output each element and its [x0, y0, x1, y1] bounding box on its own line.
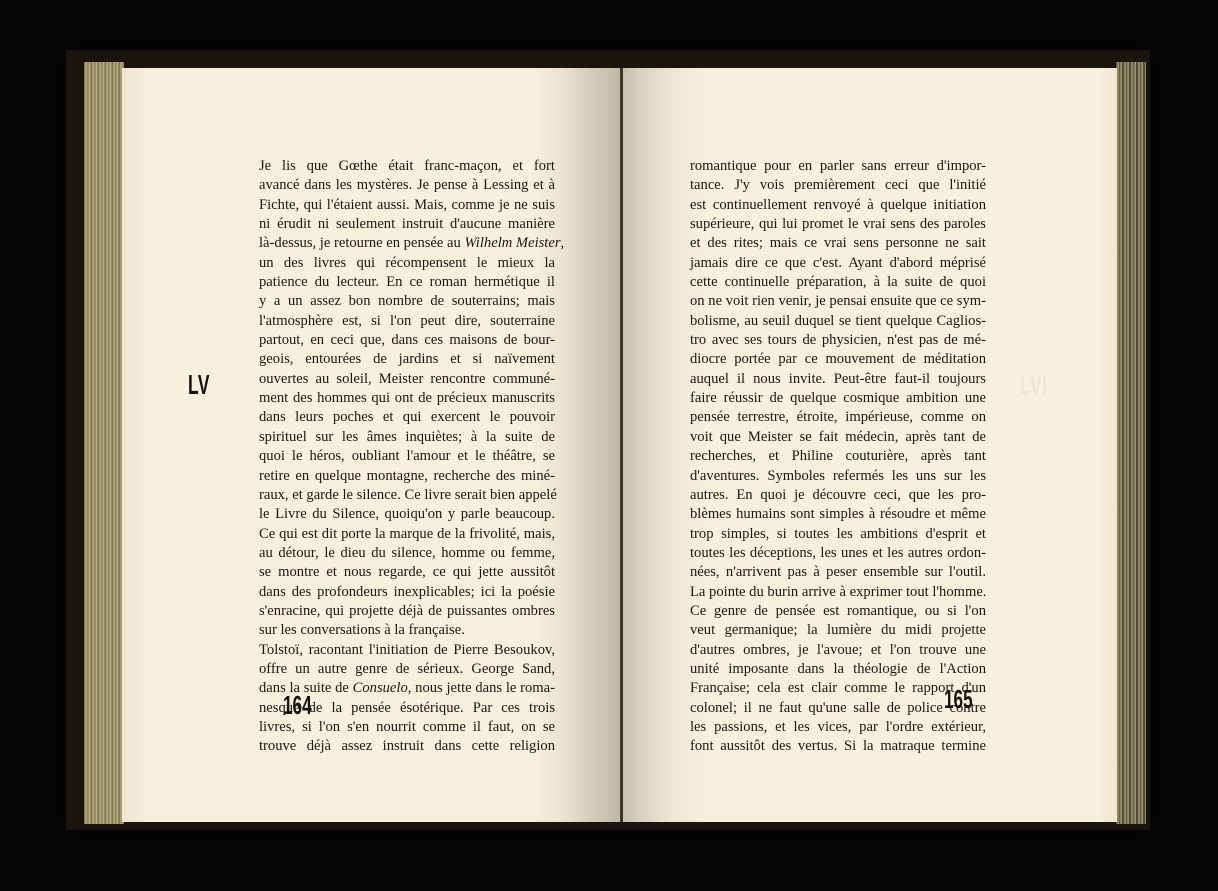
page-edges-right	[1116, 62, 1146, 824]
text-line: autres. En quoi je découvre ceci, que le…	[690, 486, 986, 505]
text-line: faire réussir de quelque cosmique ambiti…	[690, 389, 986, 408]
text-line: Française; cela est clair comme le rappo…	[690, 679, 986, 698]
text-line: quoi le héros, oubliant l'amour et le th…	[259, 447, 555, 466]
open-book-spread: LV LVI Je lis que Gœthe était franc-maço…	[0, 0, 1218, 891]
right-page-body-text: romantique pour en parler sans erreur d'…	[690, 157, 986, 757]
text-line: y a un assez bon nombre de souterrains; …	[259, 292, 555, 311]
text-line: partout, en ceci que, dans ces maisons d…	[259, 331, 555, 350]
text-line: auquel il nous invite. Peut-être faut-il…	[690, 370, 986, 389]
text-line: au détour, le dieu du silence, homme ou …	[259, 544, 555, 563]
page-number-left: 164	[283, 690, 312, 721]
text-line: colonel; il ne faut qu'une salle de poli…	[690, 699, 986, 718]
text-line: toutes les déceptions, les unes et les a…	[690, 544, 986, 563]
text-line: cette continuelle préparation, à la suit…	[690, 273, 986, 292]
text-line: les passions, et les vices, par l'ordre …	[690, 718, 986, 737]
text-line: ni érudit ni seulement instruit d'aucune…	[259, 215, 555, 234]
text-line: dans des profondeurs inexplicables; ici …	[259, 583, 555, 602]
text-line: d'autres ombres, je l'avoue; et l'on tro…	[690, 641, 986, 660]
text-line: veut germanique; la lumière du midi proj…	[690, 621, 986, 640]
text-line: font aussitôt des vertus. Si la matraque…	[690, 737, 986, 756]
text-line: blèmes humains sont simples à résoudre e…	[690, 505, 986, 524]
text-line: ment des hommes qui ont de précieux manu…	[259, 389, 555, 408]
page-edges-left	[84, 62, 124, 824]
text-line: romantique pour en parler sans erreur d'…	[690, 157, 986, 176]
text-line: est continuellement renvoyé à quelque in…	[690, 196, 986, 215]
text-line: La pointe du burin arrive à exprimer tou…	[690, 583, 986, 602]
text-line: le Livre du Silence, quoiqu'on y parle b…	[259, 505, 555, 524]
text-line: Tolstoï, racontant l'initiation de Pierr…	[259, 641, 555, 660]
text-line-with-italic: là-dessus, je retourne en pensée au Wilh…	[259, 234, 555, 253]
text-line: Je lis que Gœthe était franc-maçon, et f…	[259, 157, 555, 176]
text-line: jamais dire ce que c'est. Ayant d'abord …	[690, 254, 986, 273]
text-line: Ce qui est dit porte la marque de la fri…	[259, 525, 555, 544]
text-line: offre un autre genre de sérieux. George …	[259, 660, 555, 679]
text-line: un des livres qui récompensent le mieux …	[259, 254, 555, 273]
text-line: supérieure, qui lui promet le vrai sens …	[690, 215, 986, 234]
text-line: bolisme, au seuil duquel se tient quelqu…	[690, 312, 986, 331]
text-line: unité imposante dans la théologie de l'A…	[690, 660, 986, 679]
paragraph-end-line: sur les conversations à la française.	[259, 621, 555, 640]
text-line: diocre portée par ce mouvement de médita…	[690, 350, 986, 369]
text-line: geois, entourées de jardins et si naïvem…	[259, 350, 555, 369]
text-line: l'atmosphère est, si l'on peut dire, sou…	[259, 312, 555, 331]
text-line: nées, n'arrivent pas à peser ensemble su…	[690, 563, 986, 582]
chapter-number-left: LV	[188, 369, 210, 401]
text-line: on ne voit rien venir, je pensai ensuite…	[690, 292, 986, 311]
text-line: raux, et garde le silence. Ce livre sera…	[259, 486, 555, 505]
text-fragment: ,	[561, 235, 565, 251]
text-line: retire en quelque montagne, recherche de…	[259, 467, 555, 486]
text-line: d'aventures. Symboles refermés les uns s…	[690, 467, 986, 486]
text-line: recherches, et Philine couturière, après…	[690, 447, 986, 466]
text-line: pensée terrestre, étroite, impérieuse, c…	[690, 408, 986, 427]
book-title-consuelo: Consuelo	[353, 680, 408, 696]
book-title-wilhelm-meister: Wilhelm Meister	[464, 235, 560, 251]
text-line: Fichte, qui l'étaient aussi. Mais, comme…	[259, 196, 555, 215]
text-fragment: là-dessus, je retourne en pensée au	[259, 235, 464, 251]
text-line: voit que Meister se fait médecin, après …	[690, 428, 986, 447]
text-line: trouve déjà assez instruit dans cette re…	[259, 737, 555, 756]
page-number-right: 165	[944, 684, 973, 715]
text-line: ouvertes au soleil, Meister rencontre co…	[259, 370, 555, 389]
book-gutter	[620, 68, 623, 822]
text-line: spirituel sur les âmes inquiètes; à la s…	[259, 428, 555, 447]
text-line: avancé dans les mystères. Je pense à Les…	[259, 176, 555, 195]
text-fragment: , nous jette dans le roma-	[408, 680, 555, 696]
text-line: Ce genre de pensée est romantique, ou si…	[690, 602, 986, 621]
text-line: trop simples, si toutes les ambitions d'…	[690, 525, 986, 544]
text-line: tance. J'y vois premièrement ceci que l'…	[690, 176, 986, 195]
left-page-body-text: Je lis que Gœthe était franc-maçon, et f…	[259, 157, 555, 757]
chapter-number-right-showthrough: LVI	[1020, 369, 1048, 401]
text-line: s'enracine, qui projette déjà de puissan…	[259, 602, 555, 621]
text-line: dans leurs poches et qui exercent le pou…	[259, 408, 555, 427]
text-line: tro avec ses tours de physicien, n'est p…	[690, 331, 986, 350]
text-line: patience du lecteur. En ce roman herméti…	[259, 273, 555, 292]
text-line: et des rites; mais ce vrai sens personne…	[690, 234, 986, 253]
text-line: se montre et nous regarde, ce qui jette …	[259, 563, 555, 582]
